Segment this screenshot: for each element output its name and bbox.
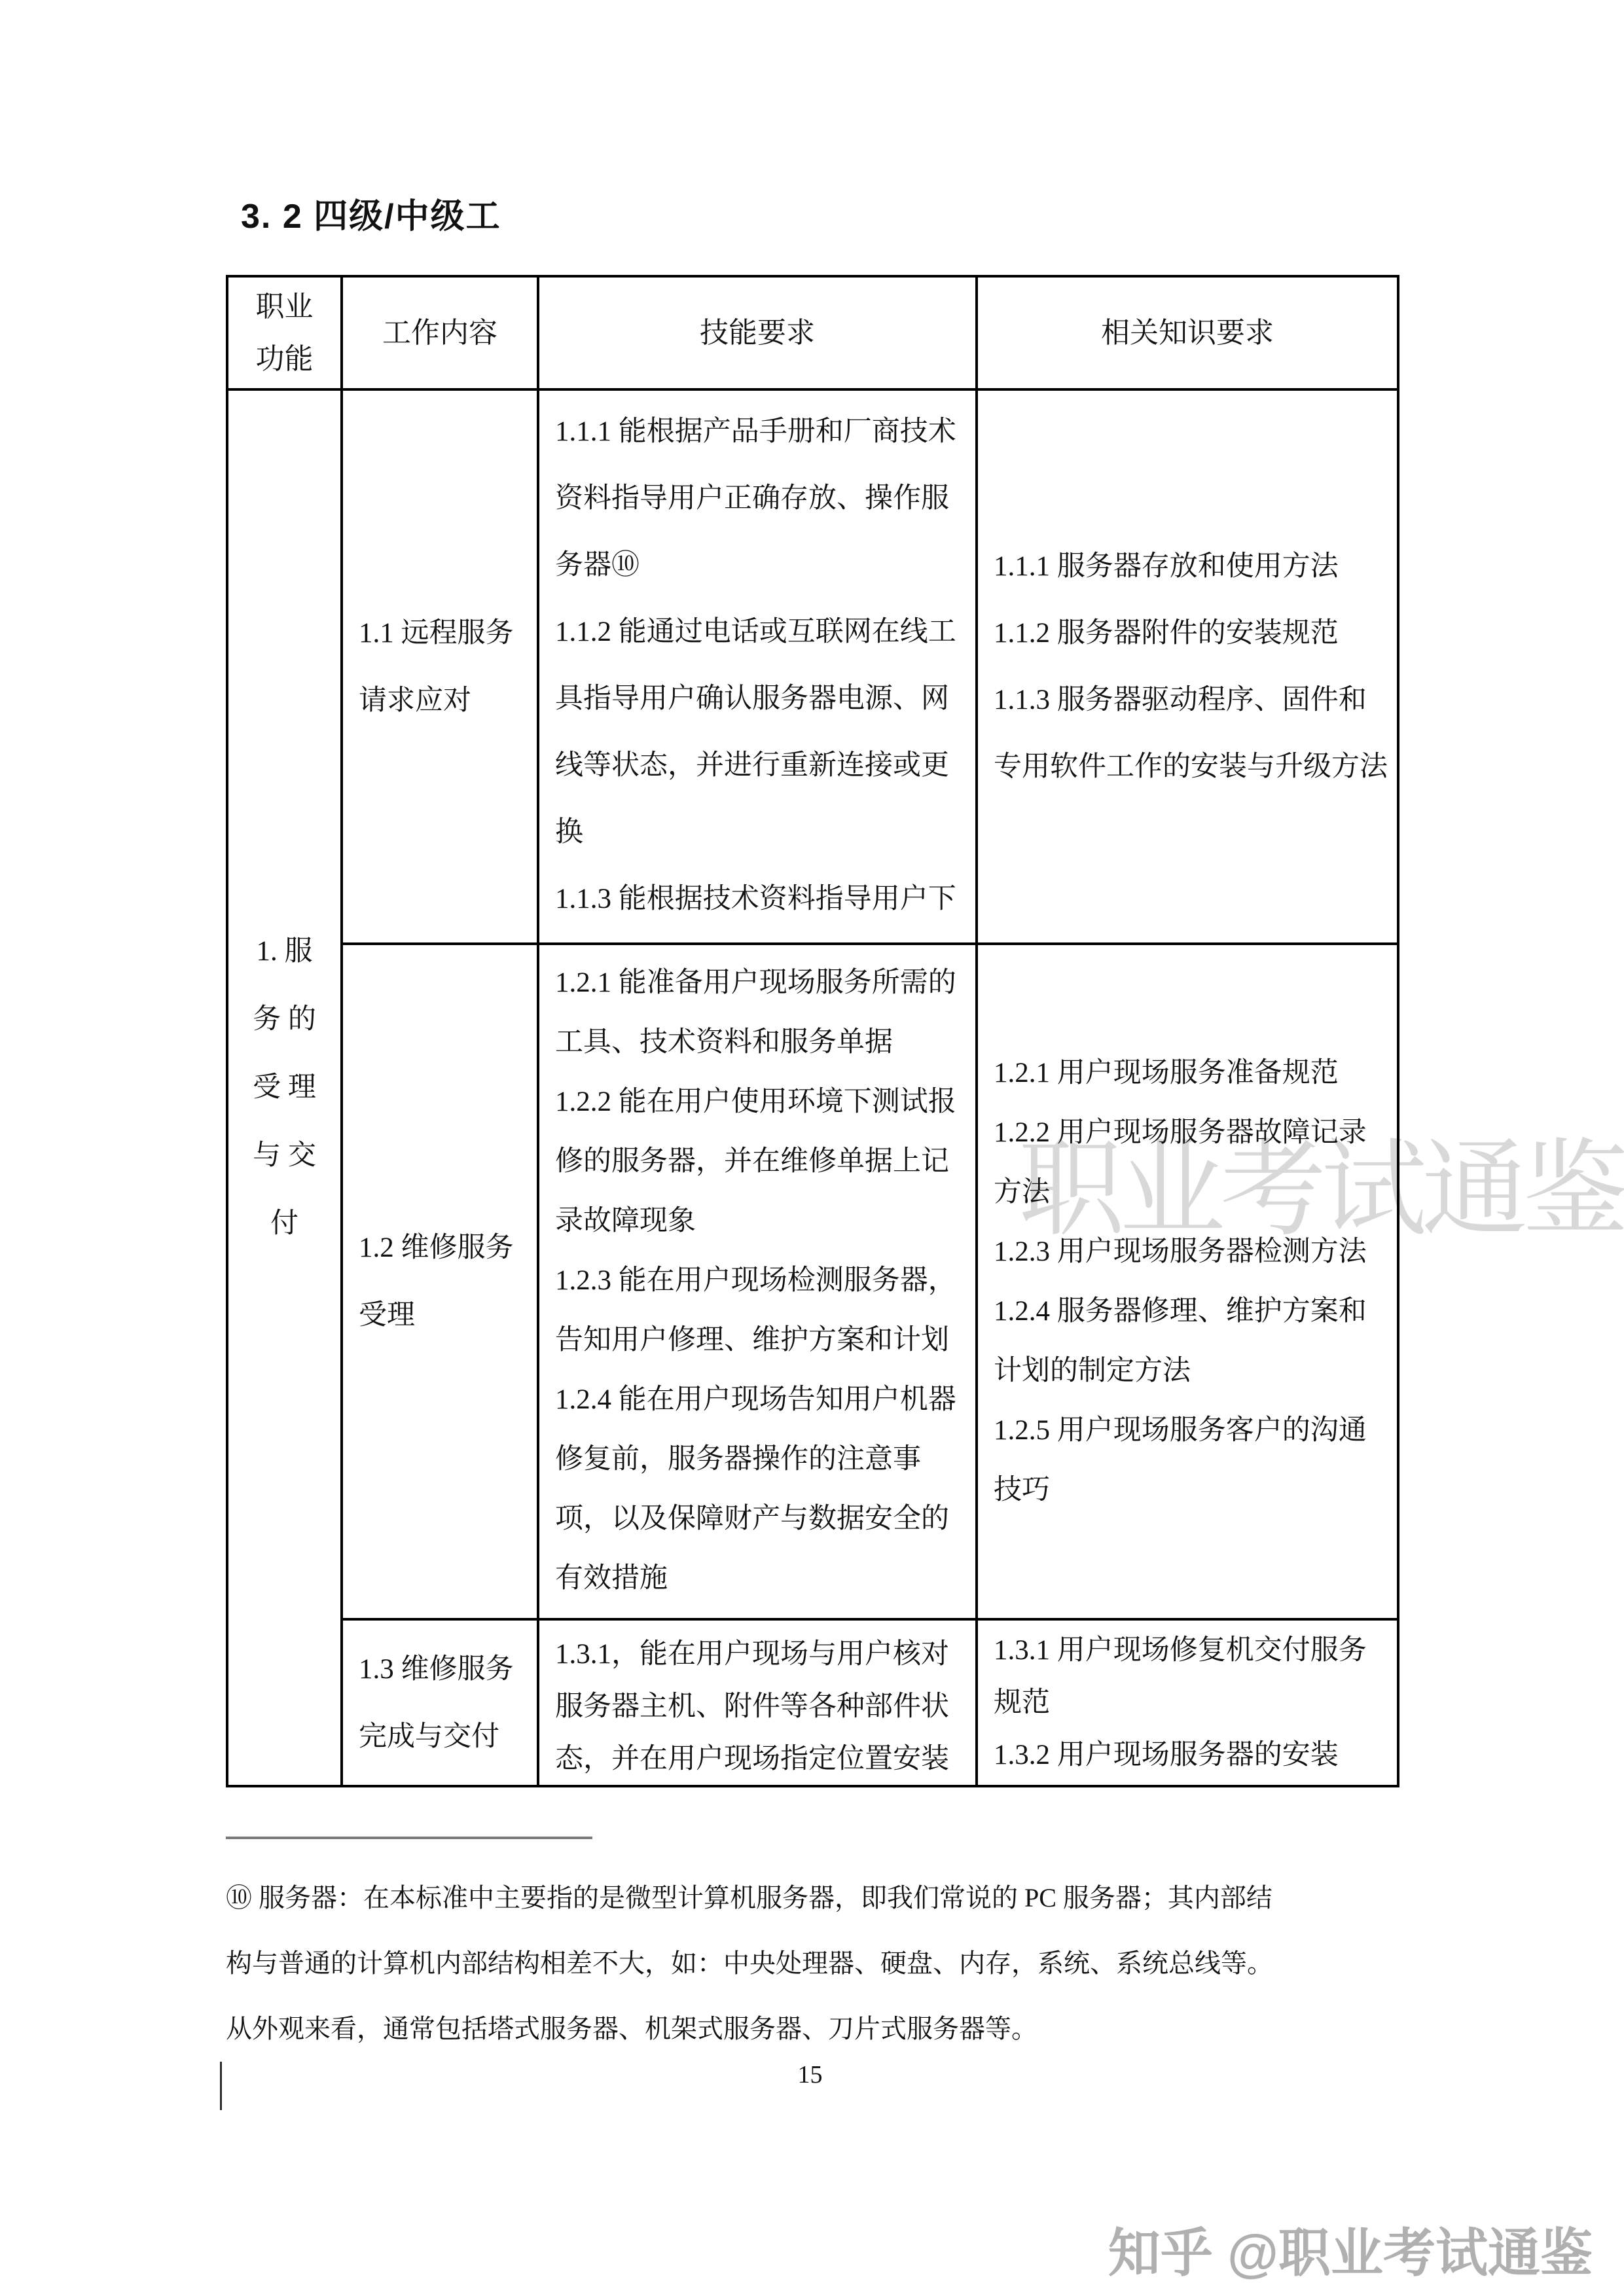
margin-tick	[220, 2062, 222, 2110]
header-occupational-function: 职业 功能	[228, 278, 343, 391]
cell-work-1-1: 1.1 远程服务 请求应对	[343, 391, 539, 945]
header-work-content: 工作内容	[343, 278, 539, 391]
cell-knowledge-1-2: 1.2.1 用户现场服务准备规范 1.2.2 用户现场服务器故障记录方法 1.2…	[978, 945, 1397, 1621]
cell-knowledge-1-1: 1.1.1 服务器存放和使用方法 1.1.2 服务器附件的安装规范 1.1.3 …	[978, 391, 1397, 945]
cell-knowledge-1-3: 1.3.1 用户现场修复机交付服务规范 1.3.2 用户现场服务器的安装	[978, 1621, 1397, 1785]
footnote-separator	[226, 1837, 592, 1839]
occupational-standards-table: 职业 功能 工作内容 技能要求 相关知识要求 1. 服 务 的 受 理 与 交 …	[226, 275, 1399, 1787]
cell-skills-1-3: 1.3.1，能在用户现场与用户核对服务器主机、附件等各种部件状态，并在用户现场指…	[539, 1621, 978, 1785]
document-page: 职业考试通鉴 3. 2 四级/中级工 职业 功能 工作内容 技能要求 相关知识要…	[0, 0, 1624, 2296]
section-title: 3. 2 四级/中级工	[241, 188, 501, 238]
header-skill-requirements: 技能要求	[539, 278, 978, 391]
cell-skills-1-2: 1.2.1 能准备用户现场服务所需的工具、技术资料和服务单据 1.2.2 能在用…	[539, 945, 978, 1621]
cell-skills-1-1: 1.1.1 能根据产品手册和厂商技术资料指导用户正确存放、操作服务器⑩ 1.1.…	[539, 391, 978, 945]
cell-function-service-acceptance-delivery: 1. 服 务 的 受 理 与 交 付	[228, 391, 343, 1785]
header-knowledge-requirements: 相关知识要求	[978, 278, 1397, 391]
watermark-zhihu: 知乎 @职业考试通鉴	[1108, 2211, 1593, 2286]
footnote-server-definition: ⑩ 服务器：在本标准中主要指的是微型计算机服务器，即我们常说的 PC 服务器；其…	[226, 1865, 1424, 2062]
page-number: 15	[226, 2060, 1394, 2089]
cell-work-1-2: 1.2 维修服务 受理	[343, 945, 539, 1621]
cell-work-1-3: 1.3 维修服务 完成与交付	[343, 1621, 539, 1785]
